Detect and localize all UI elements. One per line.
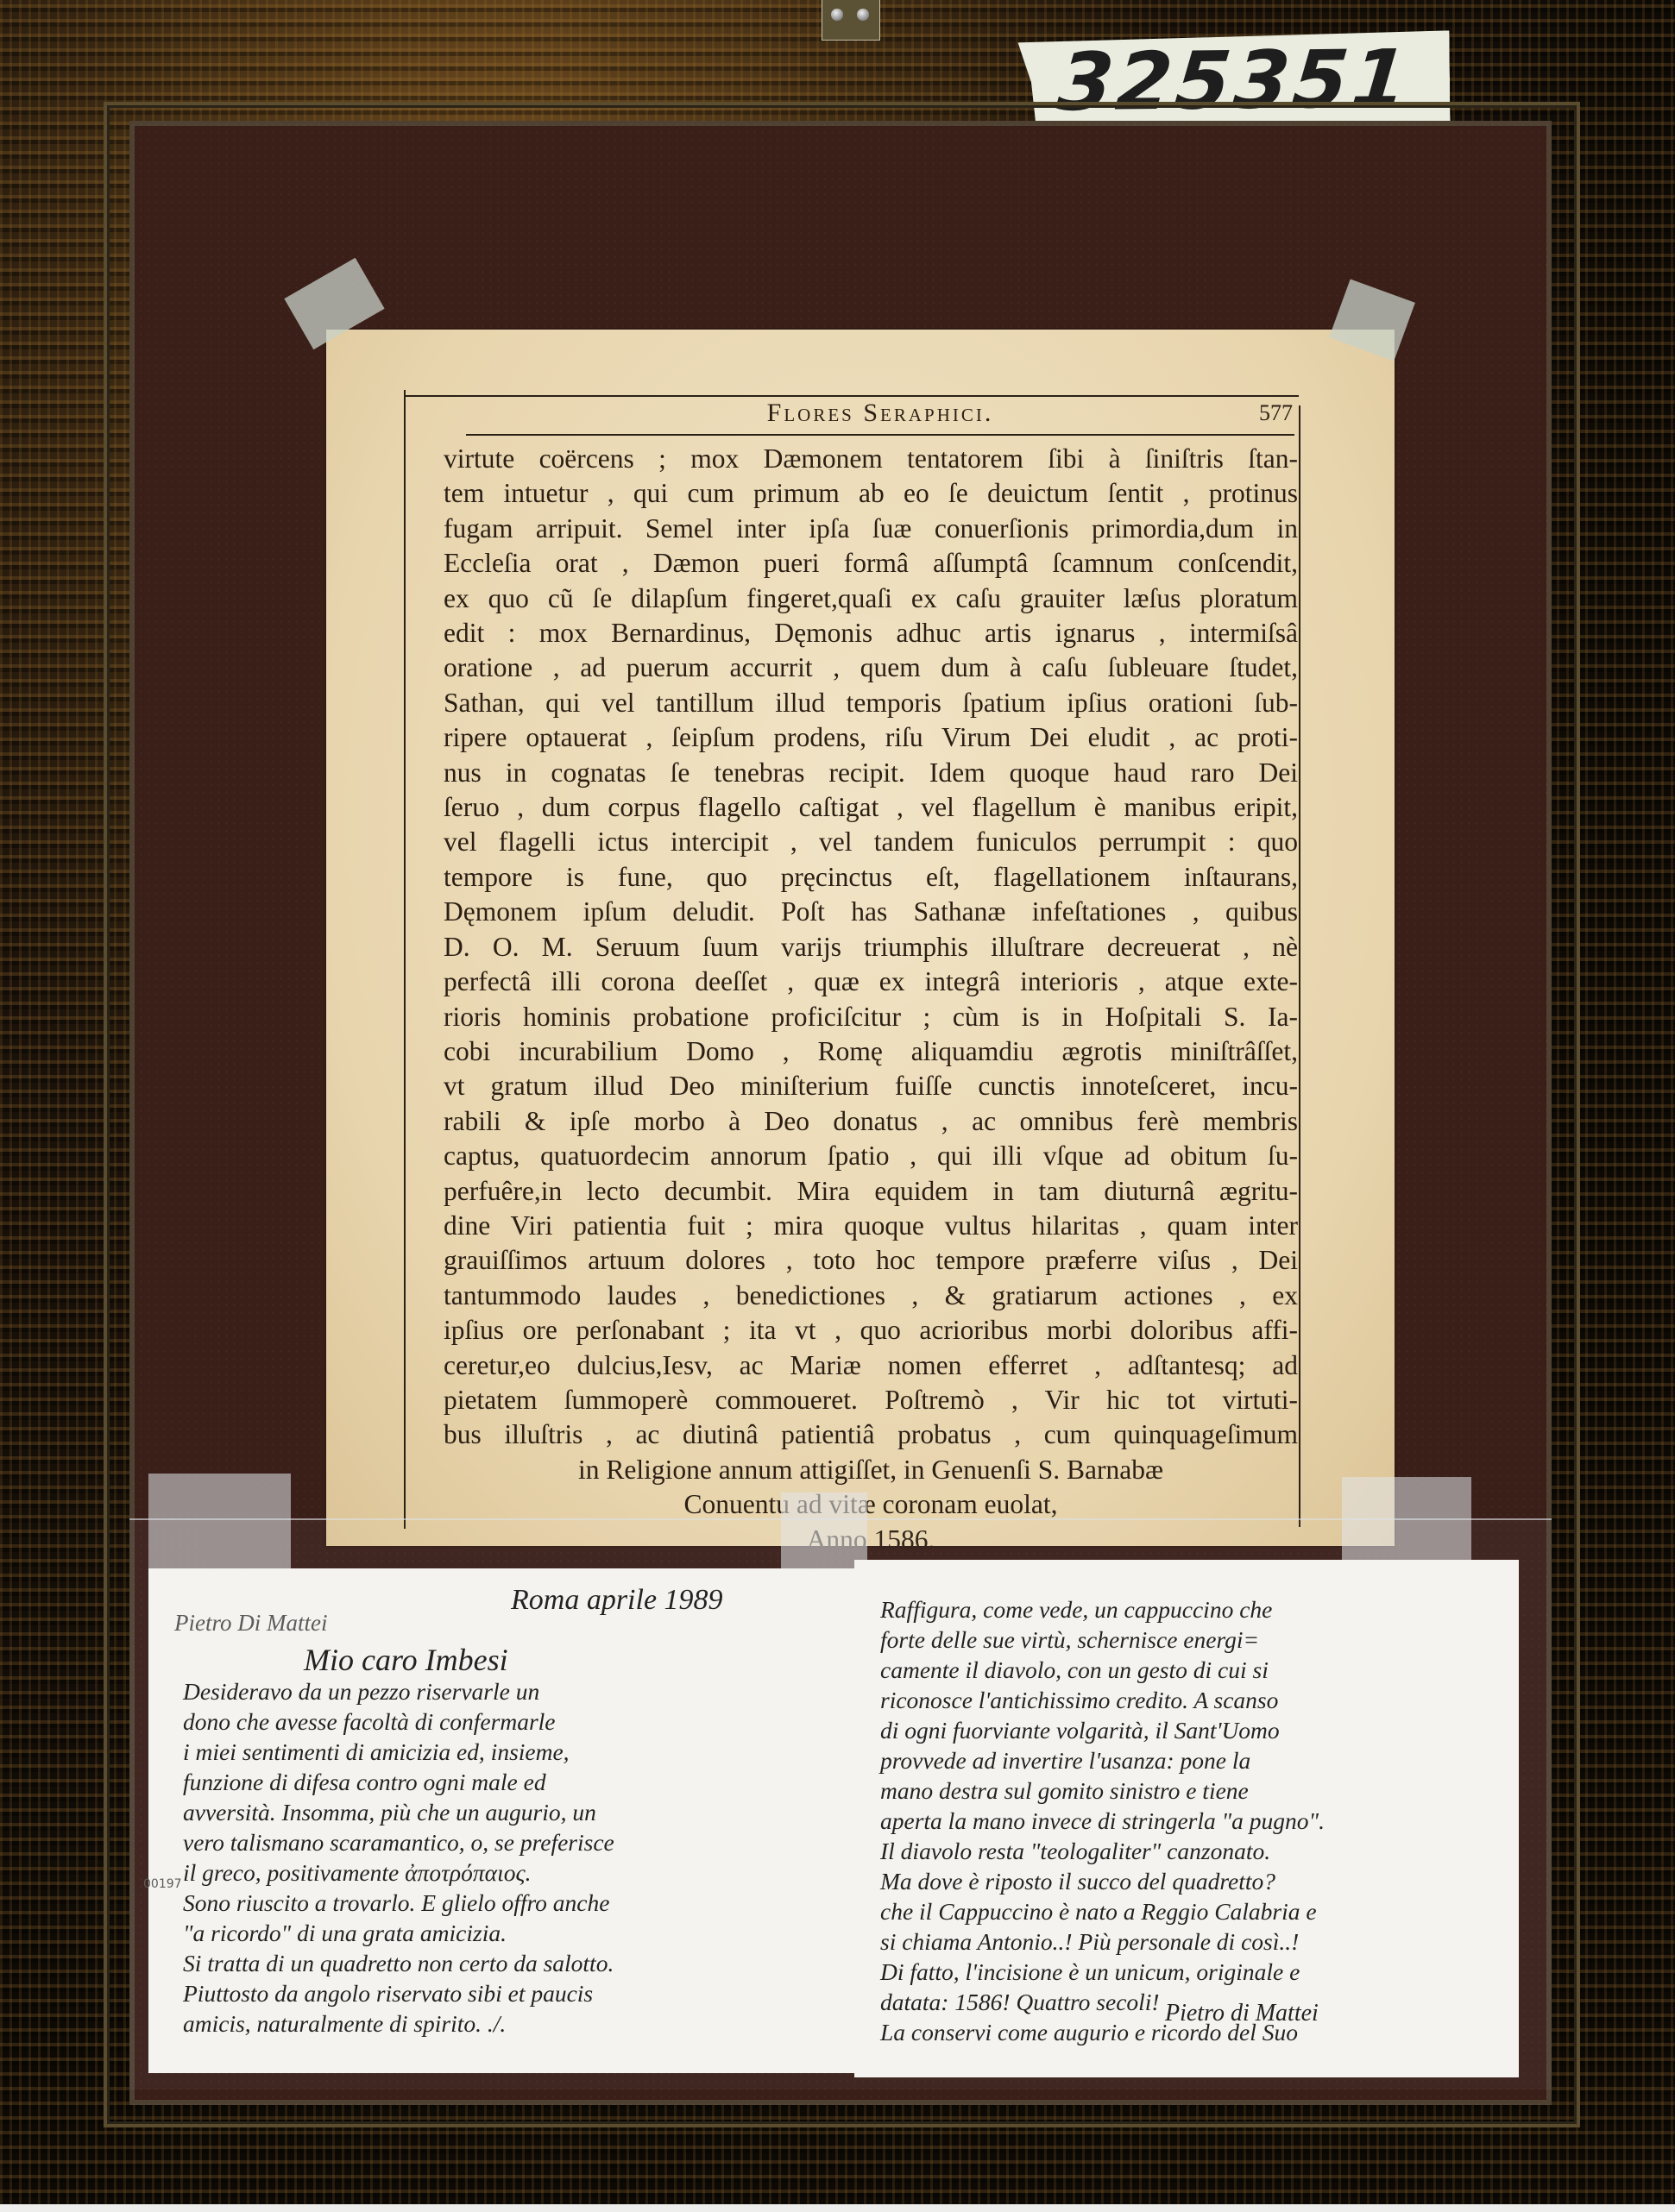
closing-line: in Religione annum attigiſſet, in Genuen… [444,1453,1298,1487]
text-line: dine Viri patientia fuit ; mira quoque v… [444,1209,1298,1243]
text-line: captus, quatuordecim annorum ſpatio , qu… [444,1139,1298,1173]
text-line: fugam arripuit. Semel inter ipſa ſuæ con… [444,512,1298,546]
letter-line: forte delle sue virtù, schernisce energi… [880,1624,1325,1655]
text-line: ripere optauerat , ſeipſum prodens, riſu… [444,720,1298,755]
hanging-hinge-icon [822,0,880,41]
letter-line: Il diavolo resta "teologaliter" canzonat… [880,1836,1325,1866]
text-line: tem intuetur , qui cum primum ab eo ſe d… [444,476,1298,511]
closing-line-date: Anno 1586. [444,1523,1298,1557]
letter-line: Sono riuscito a trovarlo. E glielo offro… [183,1888,614,1918]
letter-line: amicis, naturalmente di spirito. ./. [183,2008,614,2039]
letter-line: che il Cappuccino è nato a Reggio Calabr… [880,1896,1325,1926]
letter-line: dono che avesse facoltà di confermarle [183,1706,614,1737]
letter-line: aperta la mano invece di stringerla "a p… [880,1806,1325,1836]
page-border-left [404,390,406,1529]
letter-line: di ogni fuorviante volgarità, il Sant'Uo… [880,1715,1325,1745]
clear-tape-left [148,1474,291,1577]
text-line: D. O. M. Seruum ſuum varijs triumphis il… [444,930,1298,965]
running-head: Flores Seraphici. [466,399,1294,431]
text-line: Eccleſia orat , Dæmon pueri formâ aſſump… [444,546,1298,581]
page-number: 577 [1234,400,1293,426]
letter-line: si chiama Antonio..! Più personale di co… [880,1926,1325,1957]
letter-signature: Pietro di Mattei [1165,2000,1319,2027]
letter-line: camente il diavolo, con un gesto di cui … [880,1655,1325,1685]
letter-line: Ma dove è riposto il succo del quadretto… [880,1866,1325,1896]
page-border-top [406,395,1299,397]
text-line: oratione , ad puerum accurrit , quem dum… [444,650,1298,685]
letter-line: Di fatto, l'incisione è un unicum, origi… [880,1957,1325,1987]
handwritten-letter-page-2: Raffigura, come vede, un cappuccino che … [854,1560,1519,2077]
text-line: vt gratum illud Deo miniſterium fuiſſe c… [444,1069,1298,1103]
letter-body: Desideravo da un pezzo riservarle un don… [183,1676,614,2039]
text-line: pietatem ſummoperè commoueret. Poſtremò … [444,1383,1298,1417]
letter-line: riconosce l'antichissimo credito. A scan… [880,1685,1325,1715]
latin-text-block: virtute coërcens ; mox Dæmonem tentatore… [444,442,1298,1557]
text-line: perfectâ illi corona deeſſet , quæ ex in… [444,965,1298,999]
text-line: rioris hominis probatione proficiſcitur … [444,1000,1298,1034]
text-line: ceretur,eo dulcius,Iesv, ac Mariæ nomen … [444,1348,1298,1383]
letter-line: avversità. Insomma, più che un augurio, … [183,1797,614,1827]
letter-line: funzione di difesa contro ogni male ed [183,1767,614,1797]
letter-line: Piuttosto da angolo riservato sibi et pa… [183,1978,614,2008]
letter-line: mano destra sul gomito sinistro e tiene [880,1775,1325,1806]
letter-line: il greco, positivamente ἀποτρόπαιος. [183,1857,614,1888]
letter-line: "a ricordo" di una grata amicizia. [183,1918,614,1948]
letter-salutation: Mio caro Imbesi [304,1642,508,1678]
text-line: ipſius ore perſonabant ; ita vt , quo ac… [444,1313,1298,1348]
screw-icon [831,9,843,21]
text-line: bus illuſtris , ac diutinâ patientiâ pro… [444,1417,1298,1452]
handwritten-letter-page-1: Pietro Di Mattei Roma aprile 1989 Mio ca… [148,1568,854,2073]
text-line: nus in cognatas ſe tenebras recipit. Ide… [444,756,1298,790]
text-line: tempore is fune, quo pręcinctus eſt, fla… [444,860,1298,895]
letter-line: i miei sentimenti di amicizia ed, insiem… [183,1737,614,1767]
text-line: ſeruo , dum corpus flagello caſtigat , v… [444,790,1298,825]
screw-icon [857,9,869,21]
header-rule [466,434,1294,436]
text-line: Sathan, qui vel tantillum illud temporis… [444,686,1298,720]
letter-body: Raffigura, come vede, un cappuccino che … [880,1594,1325,2047]
text-line: tantummodo laudes , benedictiones , & gr… [444,1279,1298,1313]
text-line: virtute coërcens ; mox Dæmonem tentatore… [444,442,1298,476]
closing-line: Conuentu ad vitæ coronam euolat, [444,1487,1298,1522]
text-line: vel flagelli ictus intercipit , vel tand… [444,825,1298,859]
text-line: edit : mox Bernardinus, Dęmonis adhuc ar… [444,616,1298,650]
letter-line: vero talismano scaramantico, o, se prefe… [183,1827,614,1857]
text-line: perfuêre,in lecto decumbit. Mira equidem… [444,1174,1298,1209]
text-line: rabili & ipſe morbo à Deo donatus , ac o… [444,1104,1298,1139]
letterhead: Pietro Di Mattei [174,1610,327,1637]
background-edge [0,2204,1675,2212]
letter-line: Raffigura, come vede, un cappuccino che [880,1594,1325,1624]
letter-line: Si tratta di un quadretto non certo da s… [183,1948,614,1978]
archive-stamp: 00197 [143,1877,182,1891]
text-line: cobi incurabilium Domo , Romę aliquamdiu… [444,1034,1298,1069]
letter-line: Desideravo da un pezzo riservarle un [183,1676,614,1706]
text-line: ex quo cũ ſe dilapſum fingeret,quaſi ex … [444,581,1298,616]
text-line: Dęmonem ipſum deludit. Poſt has Sathanæ … [444,895,1298,929]
letter-date: Roma aprile 1989 [511,1584,723,1617]
text-line: grauiſſimos artuum dolores , toto hoc te… [444,1243,1298,1278]
letter-line: provvede ad invertire l'usanza: pone la [880,1745,1325,1775]
page-border-right [1299,405,1300,1527]
